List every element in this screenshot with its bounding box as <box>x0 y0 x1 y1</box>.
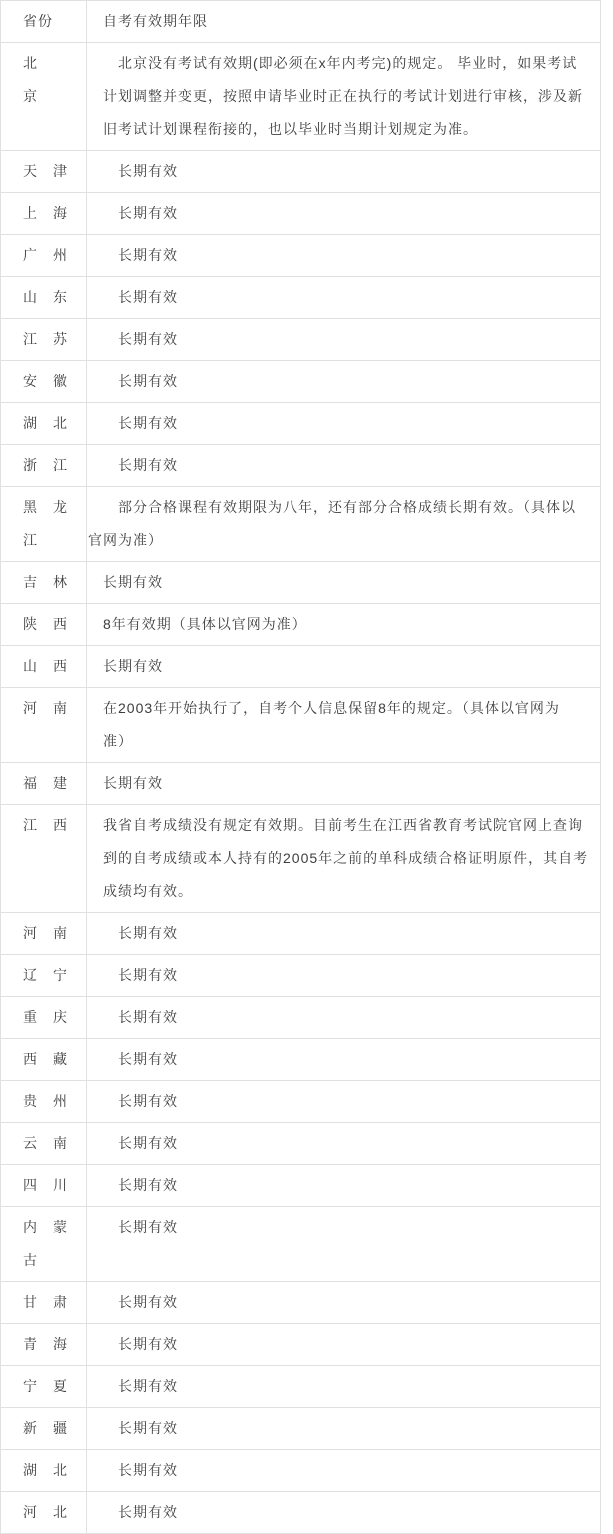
table-row: 湖 北 长期有效 <box>1 1450 601 1492</box>
table-row: 河 南 在2003年开始执行了，自考个人信息保留8年的规定。（具体以官网为 准） <box>1 688 601 763</box>
validity-cell: 长期有效 <box>87 235 601 277</box>
province-cell: 辽 宁 <box>1 955 87 997</box>
validity-cell: 长期有效 <box>87 1324 601 1366</box>
table-row: 天 津 长期有效 <box>1 151 601 193</box>
validity-cell: 长期有效 <box>87 1492 601 1534</box>
validity-cell: 长期有效 <box>87 1165 601 1207</box>
table-row: 湖 北 长期有效 <box>1 403 601 445</box>
validity-cell: 长期有效 <box>87 913 601 955</box>
validity-table: 省份 自考有效期年限 北 京 北京没有考试有效期(即必须在x年内考完)的规定。 … <box>0 0 601 1534</box>
province-cell: 内 蒙 古 <box>1 1207 87 1282</box>
validity-cell: 长期有效 <box>87 1408 601 1450</box>
validity-cell: 长期有效 <box>87 1039 601 1081</box>
validity-cell: 长期有效 <box>87 445 601 487</box>
table-row: 广 州 长期有效 <box>1 235 601 277</box>
table-row: 重 庆 长期有效 <box>1 997 601 1039</box>
validity-cell: 长期有效 <box>87 1081 601 1123</box>
province-cell: 山 西 <box>1 646 87 688</box>
province-cell: 湖 北 <box>1 1450 87 1492</box>
validity-cell: 长期有效 <box>87 1207 601 1282</box>
province-cell: 重 庆 <box>1 997 87 1039</box>
table-row: 青 海 长期有效 <box>1 1324 601 1366</box>
province-cell: 山 东 <box>1 277 87 319</box>
page: 省份 自考有效期年限 北 京 北京没有考试有效期(即必须在x年内考完)的规定。 … <box>0 0 613 1534</box>
province-cell: 西 藏 <box>1 1039 87 1081</box>
province-cell: 新 疆 <box>1 1408 87 1450</box>
validity-cell: 我省自考成绩没有规定有效期。目前考生在江西省教育考试院官网上查询 到的自考成绩或… <box>87 805 601 913</box>
table-row: 甘 肃 长期有效 <box>1 1282 601 1324</box>
validity-cell: 长期有效 <box>87 193 601 235</box>
table-body: 北 京 北京没有考试有效期(即必须在x年内考完)的规定。 毕业时，如果考试 计划… <box>1 43 601 1534</box>
province-cell: 福 建 <box>1 763 87 805</box>
validity-cell: 长期有效 <box>87 1366 601 1408</box>
province-cell: 天 津 <box>1 151 87 193</box>
table-row: 北 京 北京没有考试有效期(即必须在x年内考完)的规定。 毕业时，如果考试 计划… <box>1 43 601 151</box>
table-row: 山 西 长期有效 <box>1 646 601 688</box>
table-row: 河 南 长期有效 <box>1 913 601 955</box>
table-row: 辽 宁 长期有效 <box>1 955 601 997</box>
table-row: 吉 林 长期有效 <box>1 562 601 604</box>
table-row: 江 西 我省自考成绩没有规定有效期。目前考生在江西省教育考试院官网上查询 到的自… <box>1 805 601 913</box>
validity-cell: 部分合格课程有效期限为八年，还有部分合格成绩长期有效。（具体以 官网为准） <box>87 487 601 562</box>
validity-cell: 长期有效 <box>87 1123 601 1165</box>
table-row: 山 东 长期有效 <box>1 277 601 319</box>
table-row: 四 川 长期有效 <box>1 1165 601 1207</box>
province-cell: 青 海 <box>1 1324 87 1366</box>
province-cell: 吉 林 <box>1 562 87 604</box>
province-cell: 江 苏 <box>1 319 87 361</box>
table-row: 云 南 长期有效 <box>1 1123 601 1165</box>
province-cell: 北 京 <box>1 43 87 151</box>
validity-cell: 8年有效期（具体以官网为准） <box>87 604 601 646</box>
validity-cell: 长期有效 <box>87 277 601 319</box>
province-cell: 广 州 <box>1 235 87 277</box>
validity-cell: 长期有效 <box>87 955 601 997</box>
province-cell: 河 南 <box>1 688 87 763</box>
validity-cell: 长期有效 <box>87 361 601 403</box>
province-cell: 陕 西 <box>1 604 87 646</box>
validity-cell: 长期有效 <box>87 646 601 688</box>
validity-cell: 长期有效 <box>87 403 601 445</box>
table-row: 浙 江 长期有效 <box>1 445 601 487</box>
validity-cell: 长期有效 <box>87 562 601 604</box>
table-row: 黑 龙 江 部分合格课程有效期限为八年，还有部分合格成绩长期有效。（具体以 官网… <box>1 487 601 562</box>
table-row: 江 苏 长期有效 <box>1 319 601 361</box>
table-row: 安 徽 长期有效 <box>1 361 601 403</box>
province-cell: 黑 龙 江 <box>1 487 87 562</box>
table-row: 宁 夏 长期有效 <box>1 1366 601 1408</box>
table-row: 上 海 长期有效 <box>1 193 601 235</box>
province-cell: 湖 北 <box>1 403 87 445</box>
province-cell: 江 西 <box>1 805 87 913</box>
validity-cell: 北京没有考试有效期(即必须在x年内考完)的规定。 毕业时，如果考试 计划调整并变… <box>87 43 601 151</box>
table-row: 新 疆 长期有效 <box>1 1408 601 1450</box>
province-cell: 上 海 <box>1 193 87 235</box>
validity-cell: 长期有效 <box>87 1282 601 1324</box>
table-row: 福 建 长期有效 <box>1 763 601 805</box>
province-cell: 河 北 <box>1 1492 87 1534</box>
table-row: 内 蒙 古 长期有效 <box>1 1207 601 1282</box>
province-cell: 甘 肃 <box>1 1282 87 1324</box>
validity-cell: 长期有效 <box>87 763 601 805</box>
province-cell: 宁 夏 <box>1 1366 87 1408</box>
validity-cell: 长期有效 <box>87 997 601 1039</box>
validity-cell: 长期有效 <box>87 1450 601 1492</box>
province-cell: 安 徽 <box>1 361 87 403</box>
validity-cell: 在2003年开始执行了，自考个人信息保留8年的规定。（具体以官网为 准） <box>87 688 601 763</box>
table-row: 贵 州 长期有效 <box>1 1081 601 1123</box>
province-cell: 河 南 <box>1 913 87 955</box>
table-row: 西 藏 长期有效 <box>1 1039 601 1081</box>
column-header-validity: 自考有效期年限 <box>87 1 601 43</box>
validity-cell: 长期有效 <box>87 151 601 193</box>
province-cell: 四 川 <box>1 1165 87 1207</box>
table-row: 陕 西 8年有效期（具体以官网为准） <box>1 604 601 646</box>
validity-cell: 长期有效 <box>87 319 601 361</box>
province-cell: 贵 州 <box>1 1081 87 1123</box>
header-row: 省份 自考有效期年限 <box>1 1 601 43</box>
column-header-province: 省份 <box>1 1 87 43</box>
province-cell: 云 南 <box>1 1123 87 1165</box>
province-cell: 浙 江 <box>1 445 87 487</box>
